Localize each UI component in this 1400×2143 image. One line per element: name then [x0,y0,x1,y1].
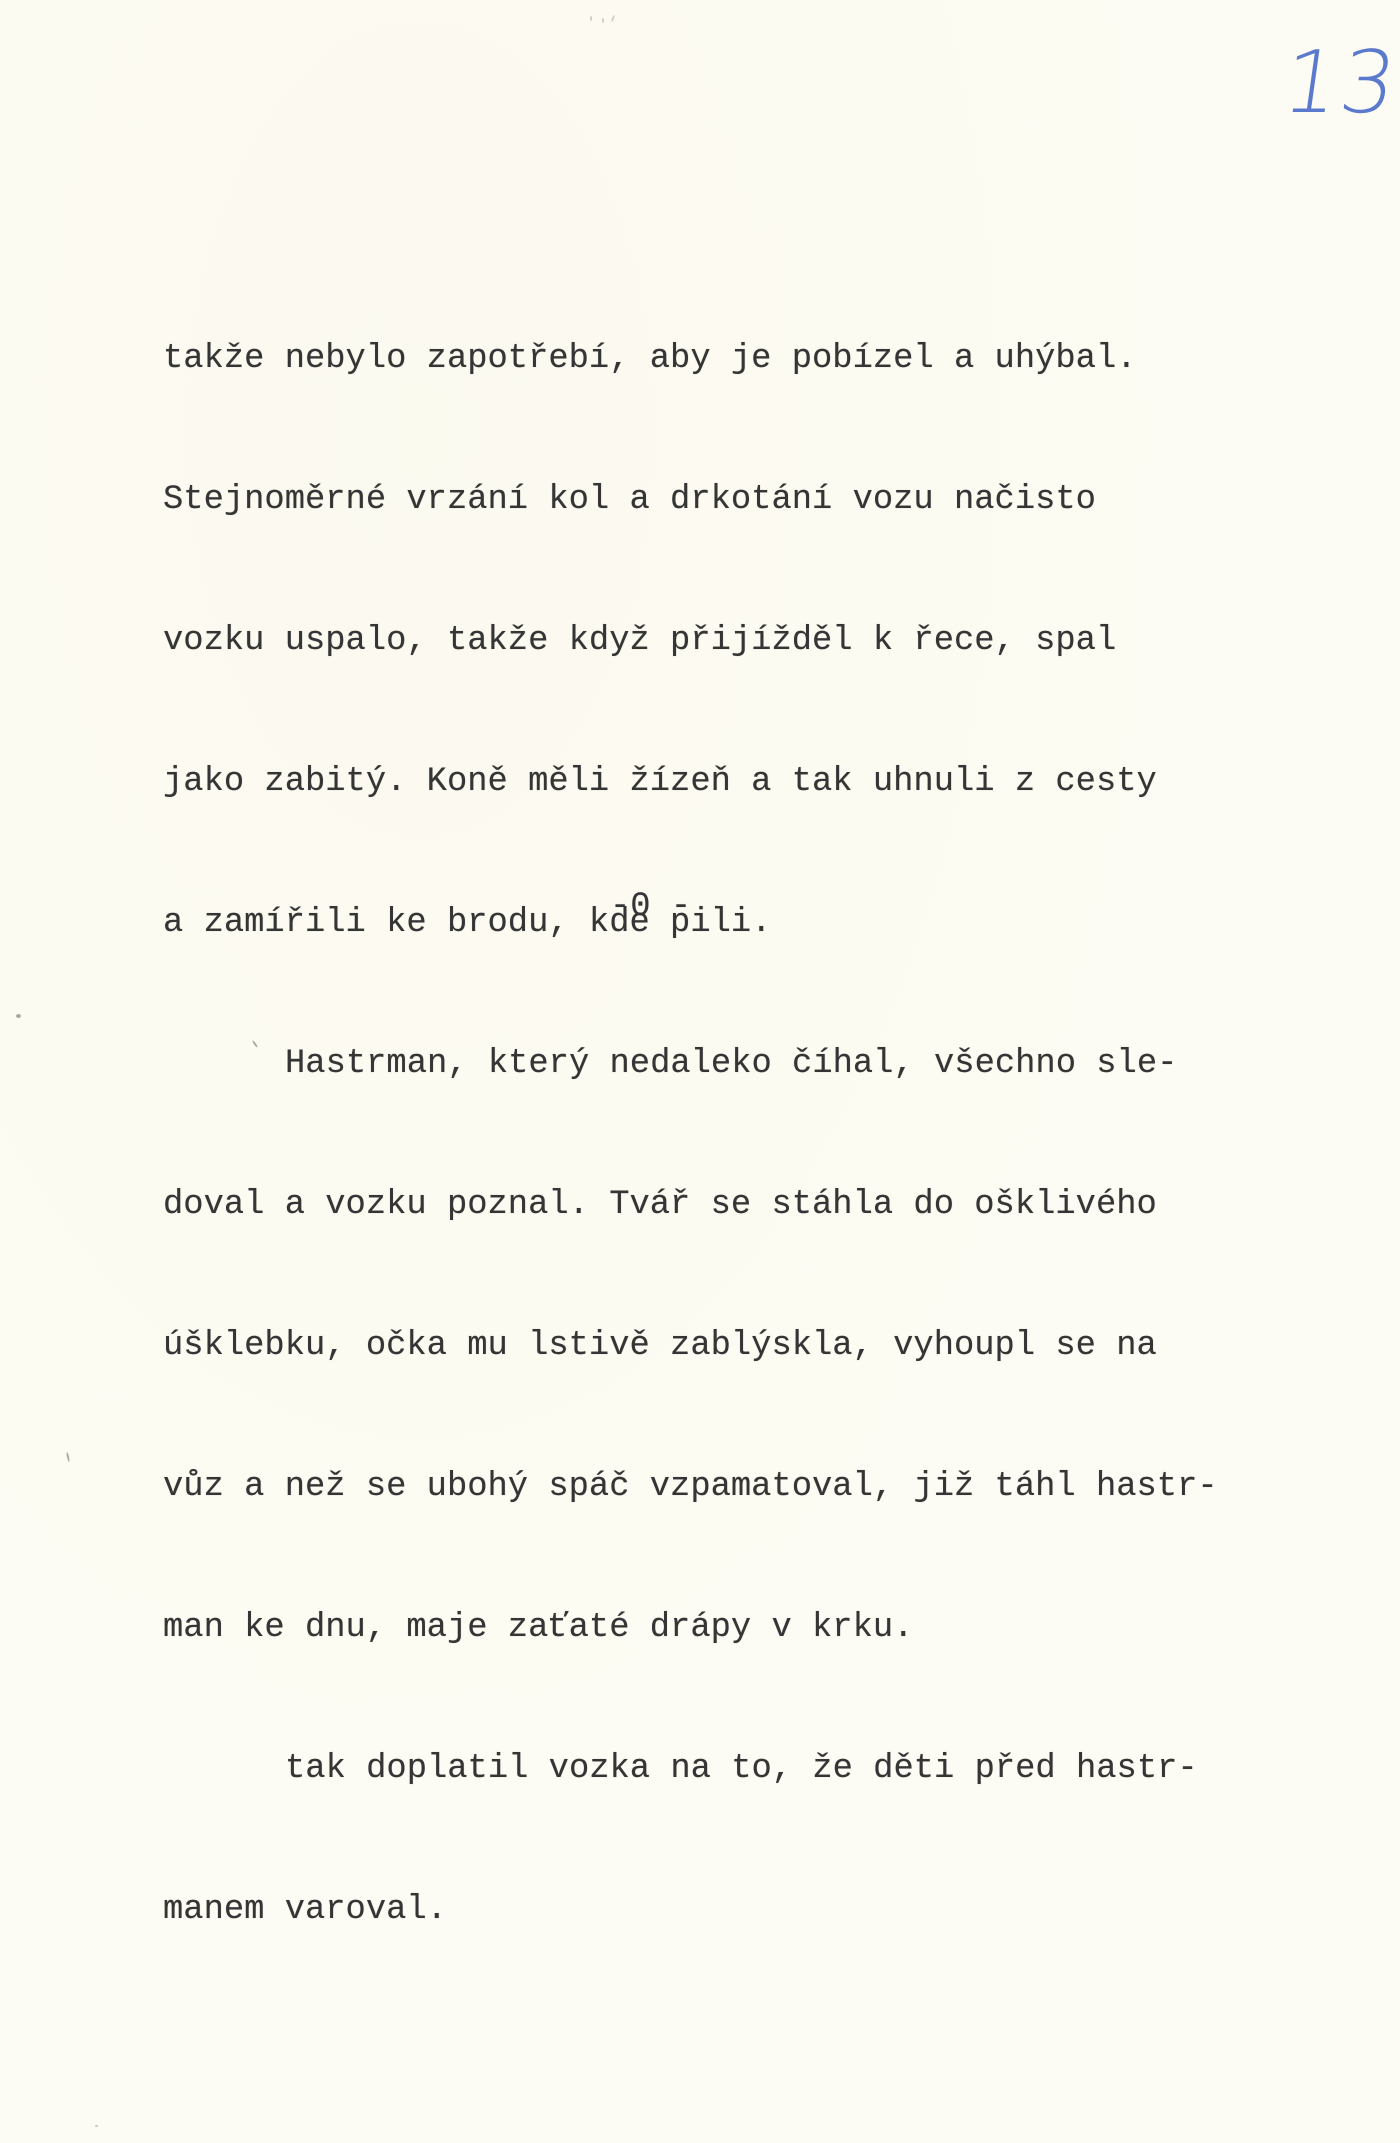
section-end-mark: -0 - [610,884,691,931]
paper-speck [590,16,592,21]
text-line: manem varoval. [163,1887,1283,1934]
typewritten-page: 13 takže nebylo zapotřebí, aby je pobíze… [0,0,1400,2143]
text-line: takže nebylo zapotřebí, aby je pobízel a… [163,336,1283,383]
paragraph-start-line: tak doplatil vozka na to, že děti před h… [163,1746,1283,1793]
handwritten-page-number: 13 [1278,40,1400,126]
paper-speck [16,1014,21,1018]
paragraph-start-line: Hastrman, který nedaleko číhal, všechno … [163,1041,1283,1088]
text-line: úšklebku, očka mu lstivě zablýskla, vyho… [163,1323,1283,1370]
paper-speck [95,2125,98,2127]
text-line: vůz a než se ubohý spáč vzpamatoval, již… [163,1464,1283,1511]
text-line: vozku uspalo, takže když přijížděl k řec… [163,618,1283,665]
text-line: a zamířili ke brodu, kde pili. [163,900,1283,947]
typed-text-body: takže nebylo zapotřebí, aby je pobízel a… [163,242,1283,2028]
text-line: jako zabitý. Koně měli žízeň a tak uhnul… [163,759,1283,806]
text-line: man ke dnu, maje zaťaté drápy v krku. [163,1605,1283,1652]
paper-speck [602,18,604,23]
text-line: doval a vozku poznal. Tvář se stáhla do … [163,1182,1283,1229]
paper-speck [611,15,615,22]
text-line: Stejnoměrné vrzání kol a drkotání vozu n… [163,477,1283,524]
paper-speck [66,1452,70,1462]
